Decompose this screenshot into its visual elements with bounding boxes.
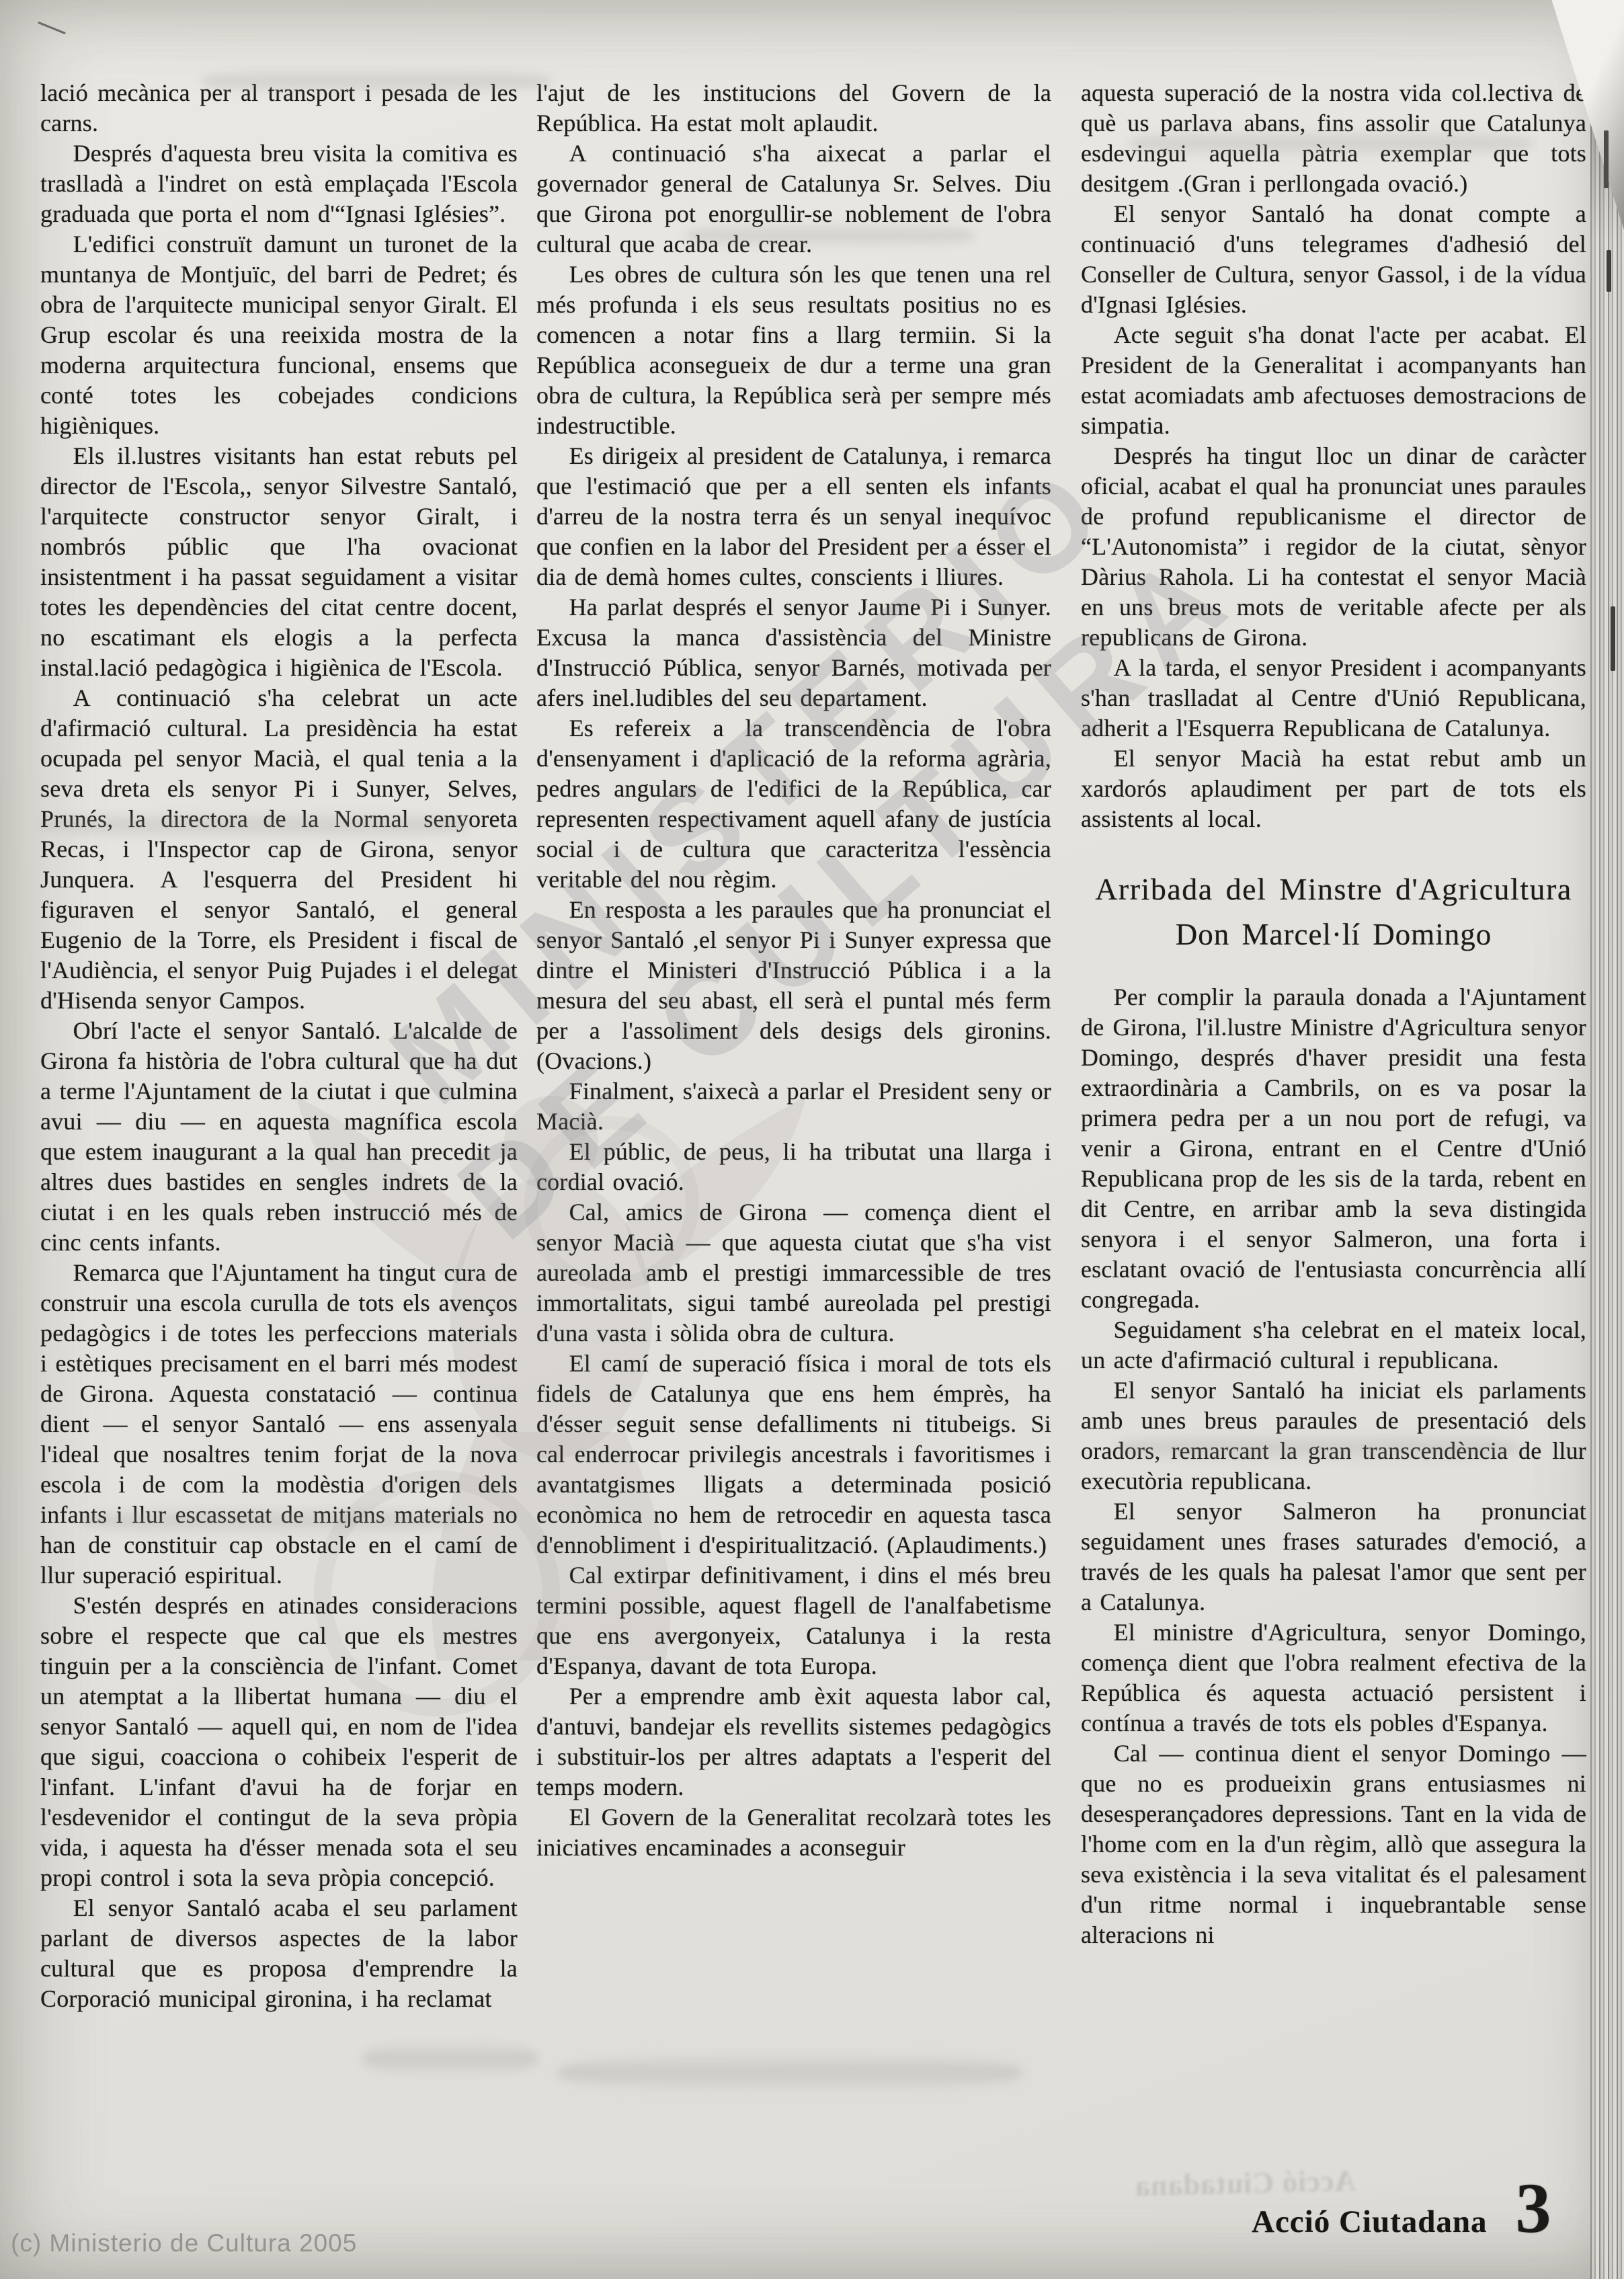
paragraph: El públic, de peus, li ha tributat una l… bbox=[536, 1137, 1051, 1197]
paragraph: Després d'aquesta breu visita la comitiv… bbox=[40, 138, 518, 229]
paragraph: El senyor Santaló ha donat compte a cont… bbox=[1081, 199, 1586, 320]
paragraph: S'estén després en atinades consideracio… bbox=[40, 1591, 518, 1893]
paragraph: El senyor Santaló ha iniciat els parlame… bbox=[1081, 1375, 1586, 1496]
paragraph: El camí de superació física i moral de t… bbox=[536, 1349, 1051, 1560]
paragraph: L'edifici construït damunt un turonet de… bbox=[40, 229, 518, 441]
paragraph: Ha parlat després el senyor Jaume Pi i S… bbox=[536, 592, 1051, 713]
footer: Acció Ciutadana 3 bbox=[1252, 2173, 1551, 2244]
paragraph: A continuació s'ha celebrat un acte d'af… bbox=[40, 683, 518, 1016]
paragraph: Cal — continua dient el senyor Domingo —… bbox=[1081, 1738, 1586, 1950]
paragraph: Es dirigeix al president de Catalunya, i… bbox=[536, 441, 1051, 592]
paragraph: El senyor Macià ha estat rebut amb un xa… bbox=[1081, 744, 1586, 834]
paragraph: En resposta a les paraules que ha pronun… bbox=[536, 895, 1051, 1076]
paragraph: El senyor Salmeron ha pronunciat seguida… bbox=[1081, 1496, 1586, 1617]
publication-name: Acció Ciutadana bbox=[1252, 2204, 1488, 2240]
edge-mark bbox=[1604, 130, 1609, 188]
paragraph: Obrí l'acte el senyor Santaló. L'alcalde… bbox=[40, 1016, 518, 1258]
paragraph: Per complir la paraula donada a l'Ajunta… bbox=[1081, 982, 1586, 1315]
edge-mark bbox=[1607, 250, 1611, 292]
paragraph: El ministre d'Agricultura, senyor Doming… bbox=[1081, 1617, 1586, 1738]
paragraph: l'ajut de les institucions del Govern de… bbox=[536, 78, 1051, 138]
paragraph: A la tarda, el senyor President i acompa… bbox=[1081, 653, 1586, 744]
paragraph: Acte seguit s'ha donat l'acte per acabat… bbox=[1081, 320, 1586, 441]
section-heading: Arribada del Minstre d'Agricultura bbox=[1081, 872, 1586, 907]
paragraph: Les obres de cultura són les que tenen u… bbox=[536, 259, 1051, 441]
paragraph: El Govern de la Generalitat recolzarà to… bbox=[536, 1802, 1051, 1863]
paragraph: lació mecànica per al transport i pesada… bbox=[40, 78, 518, 138]
paragraph: A continuació s'ha aixecat a parlar el g… bbox=[536, 138, 1051, 259]
edge-mark bbox=[1611, 606, 1615, 671]
paragraph: Cal extirpar definitivament, i dins el m… bbox=[536, 1560, 1051, 1681]
paragraph: El senyor Santaló acaba el seu parlament… bbox=[40, 1893, 518, 2014]
section-subheading: Don Marcel·lí Domingo bbox=[1081, 918, 1586, 951]
text-column-2: l'ajut de les institucions del Govern de… bbox=[536, 78, 1051, 1863]
paragraph: Després ha tingut lloc un dinar de caràc… bbox=[1081, 441, 1586, 653]
paragraph: Seguidament s'ha celebrat en el mateix l… bbox=[1081, 1315, 1586, 1375]
paragraph: Es refereix a la transcendència de l'obr… bbox=[536, 713, 1051, 895]
paragraph: Finalment, s'aixecà a parlar el Presiden… bbox=[536, 1076, 1051, 1137]
page-edge-band bbox=[1590, 0, 1624, 2279]
text-column-3: aquesta superació de la nostra vida col.… bbox=[1081, 78, 1586, 1950]
paragraph: Els il.lustres visitants han estat rebut… bbox=[40, 441, 518, 683]
paragraph: Remarca que l'Ajuntament ha tingut cura … bbox=[40, 1258, 518, 1591]
paragraph: Per a emprendre amb èxit aquesta labor c… bbox=[536, 1681, 1051, 1802]
paragraph: aquesta superació de la nostra vida col.… bbox=[1081, 78, 1586, 199]
paragraph: Cal, amics de Girona — comença dient el … bbox=[536, 1197, 1051, 1349]
scan-copyright: (c) Ministerio de Cultura 2005 bbox=[11, 2229, 357, 2257]
text-column-1: lació mecànica per al transport i pesada… bbox=[40, 78, 518, 2014]
page-number: 3 bbox=[1516, 2173, 1551, 2244]
